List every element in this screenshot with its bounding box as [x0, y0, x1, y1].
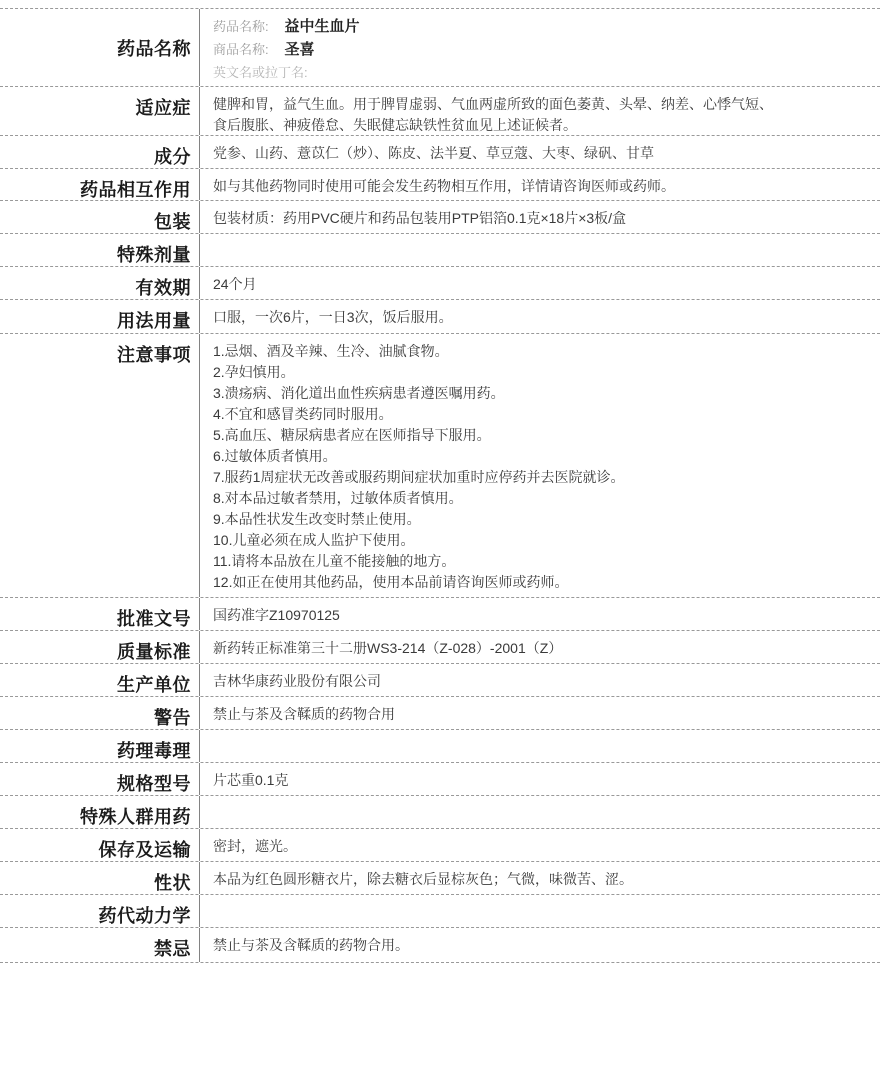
- table-row: 生产单位 吉林华康药业股份有限公司: [0, 664, 880, 697]
- trade-name-value: 圣喜: [285, 41, 315, 58]
- latin-name-key: 英文名或拉丁名:: [213, 65, 308, 80]
- row-label-characters: 性状: [0, 862, 200, 894]
- row-content-characters: 本品为红色圆形糖衣片，除去糖衣后显棕灰色；气微，味微苦、涩。: [200, 862, 880, 894]
- table-row: 注意事项 1.忌烟、酒及辛辣、生冷、油腻食物。 2.孕妇慎用。 3.溃疡病、消化…: [0, 334, 880, 598]
- row-content-warning: 禁止与茶及含鞣质的药物合用: [200, 697, 880, 729]
- table-row: 适应症 健脾和胃，益气生血。用于脾胃虚弱、气血两虚所致的面色萎黄、头晕、纳差、心…: [0, 87, 880, 136]
- row-label-contraindications: 禁忌: [0, 928, 200, 962]
- table-row: 药品相互作用 如与其他药物同时使用可能会发生药物相互作用，详情请咨询医师或药师。: [0, 169, 880, 201]
- row-content-ingredients: 党参、山药、薏苡仁（炒）、陈皮、法半夏、草豆蔻、大枣、绿矾、甘草: [200, 136, 880, 168]
- generic-name-key: 药品名称:: [213, 19, 269, 34]
- row-content-pharmacokinetics: [200, 895, 880, 927]
- table-row: 包装 包装材质：药用PVC硬片和药品包装用PTP铝箔0.1克×18片×3板/盒: [0, 201, 880, 234]
- row-label-specification: 规格型号: [0, 763, 200, 795]
- row-label-special-population: 特殊人群用药: [0, 796, 200, 828]
- row-content-packaging: 包装材质：药用PVC硬片和药品包装用PTP铝箔0.1克×18片×3板/盒: [200, 201, 880, 233]
- table-row: 特殊剂量: [0, 234, 880, 267]
- row-content-contraindications: 禁止与茶及含鞣质的药物合用。: [200, 928, 880, 962]
- row-content-approval-number: 国药准字Z10970125: [200, 598, 880, 630]
- row-content-specification: 片芯重0.1克: [200, 763, 880, 795]
- drug-name-content: 药品名称: 益中生血片 商品名称: 圣喜 英文名或拉丁名:: [200, 9, 880, 86]
- row-label-dosage-usage: 用法用量: [0, 300, 200, 333]
- row-label-storage: 保存及运输: [0, 829, 200, 861]
- table-row: 性状 本品为红色圆形糖衣片，除去糖衣后显棕灰色；气微，味微苦、涩。: [0, 862, 880, 895]
- row-content-dosage-usage: 口服，一次6片，一日3次，饭后服用。: [200, 300, 880, 333]
- row-label-interactions: 药品相互作用: [0, 169, 200, 200]
- table-row: 药代动力学: [0, 895, 880, 928]
- row-label-shelf-life: 有效期: [0, 267, 200, 299]
- drug-info-table: 药品名称 药品名称: 益中生血片 商品名称: 圣喜 英文名或拉丁名: 适应症 健…: [0, 8, 880, 963]
- row-label-ingredients: 成分: [0, 136, 200, 168]
- row-label-precautions: 注意事项: [0, 334, 200, 597]
- table-row: 批准文号 国药准字Z10970125: [0, 598, 880, 631]
- table-row: 特殊人群用药: [0, 796, 880, 829]
- row-content-indications: 健脾和胃，益气生血。用于脾胃虚弱、气血两虚所致的面色萎黄、头晕、纳差、心悸气短、…: [200, 87, 880, 135]
- table-row: 警告 禁止与茶及含鞣质的药物合用: [0, 697, 880, 730]
- table-row: 药品名称 药品名称: 益中生血片 商品名称: 圣喜 英文名或拉丁名:: [0, 9, 880, 87]
- row-content-manufacturer: 吉林华康药业股份有限公司: [200, 664, 880, 696]
- table-row: 禁忌 禁止与茶及含鞣质的药物合用。: [0, 928, 880, 963]
- trade-name-line: 商品名称: 圣喜: [213, 38, 866, 61]
- table-row: 成分 党参、山药、薏苡仁（炒）、陈皮、法半夏、草豆蔻、大枣、绿矾、甘草: [0, 136, 880, 169]
- table-row: 规格型号 片芯重0.1克: [0, 763, 880, 796]
- generic-name-value: 益中生血片: [285, 18, 360, 35]
- row-content-shelf-life: 24个月: [200, 267, 880, 299]
- table-row: 药理毒理: [0, 730, 880, 763]
- row-content-special-population: [200, 796, 880, 828]
- row-label-drug-name: 药品名称: [0, 9, 200, 86]
- row-content-pharmacology: [200, 730, 880, 762]
- row-content-interactions: 如与其他药物同时使用可能会发生药物相互作用，详情请咨询医师或药师。: [200, 169, 880, 200]
- row-label-warning: 警告: [0, 697, 200, 729]
- row-label-pharmacokinetics: 药代动力学: [0, 895, 200, 927]
- row-content-special-dosage: [200, 234, 880, 266]
- row-content-precautions: 1.忌烟、酒及辛辣、生冷、油腻食物。 2.孕妇慎用。 3.溃疡病、消化道出血性疾…: [200, 334, 880, 597]
- row-label-approval-number: 批准文号: [0, 598, 200, 630]
- row-label-quality-standard: 质量标准: [0, 631, 200, 663]
- latin-name-line: 英文名或拉丁名:: [213, 61, 866, 84]
- table-row: 保存及运输 密封，遮光。: [0, 829, 880, 862]
- row-label-packaging: 包装: [0, 201, 200, 233]
- row-label-special-dosage: 特殊剂量: [0, 234, 200, 266]
- drug-info-page: 药品名称 药品名称: 益中生血片 商品名称: 圣喜 英文名或拉丁名: 适应症 健…: [0, 0, 880, 1080]
- trade-name-key: 商品名称:: [213, 42, 269, 57]
- table-row: 有效期 24个月: [0, 267, 880, 300]
- row-label-indications: 适应症: [0, 87, 200, 135]
- row-label-manufacturer: 生产单位: [0, 664, 200, 696]
- row-content-quality-standard: 新药转正标准第三十二册WS3-214（Z-028）-2001（Z）: [200, 631, 880, 663]
- generic-name-line: 药品名称: 益中生血片: [213, 15, 866, 38]
- row-content-storage: 密封，遮光。: [200, 829, 880, 861]
- table-row: 质量标准 新药转正标准第三十二册WS3-214（Z-028）-2001（Z）: [0, 631, 880, 664]
- row-label-pharmacology: 药理毒理: [0, 730, 200, 762]
- table-row: 用法用量 口服，一次6片，一日3次，饭后服用。: [0, 300, 880, 334]
